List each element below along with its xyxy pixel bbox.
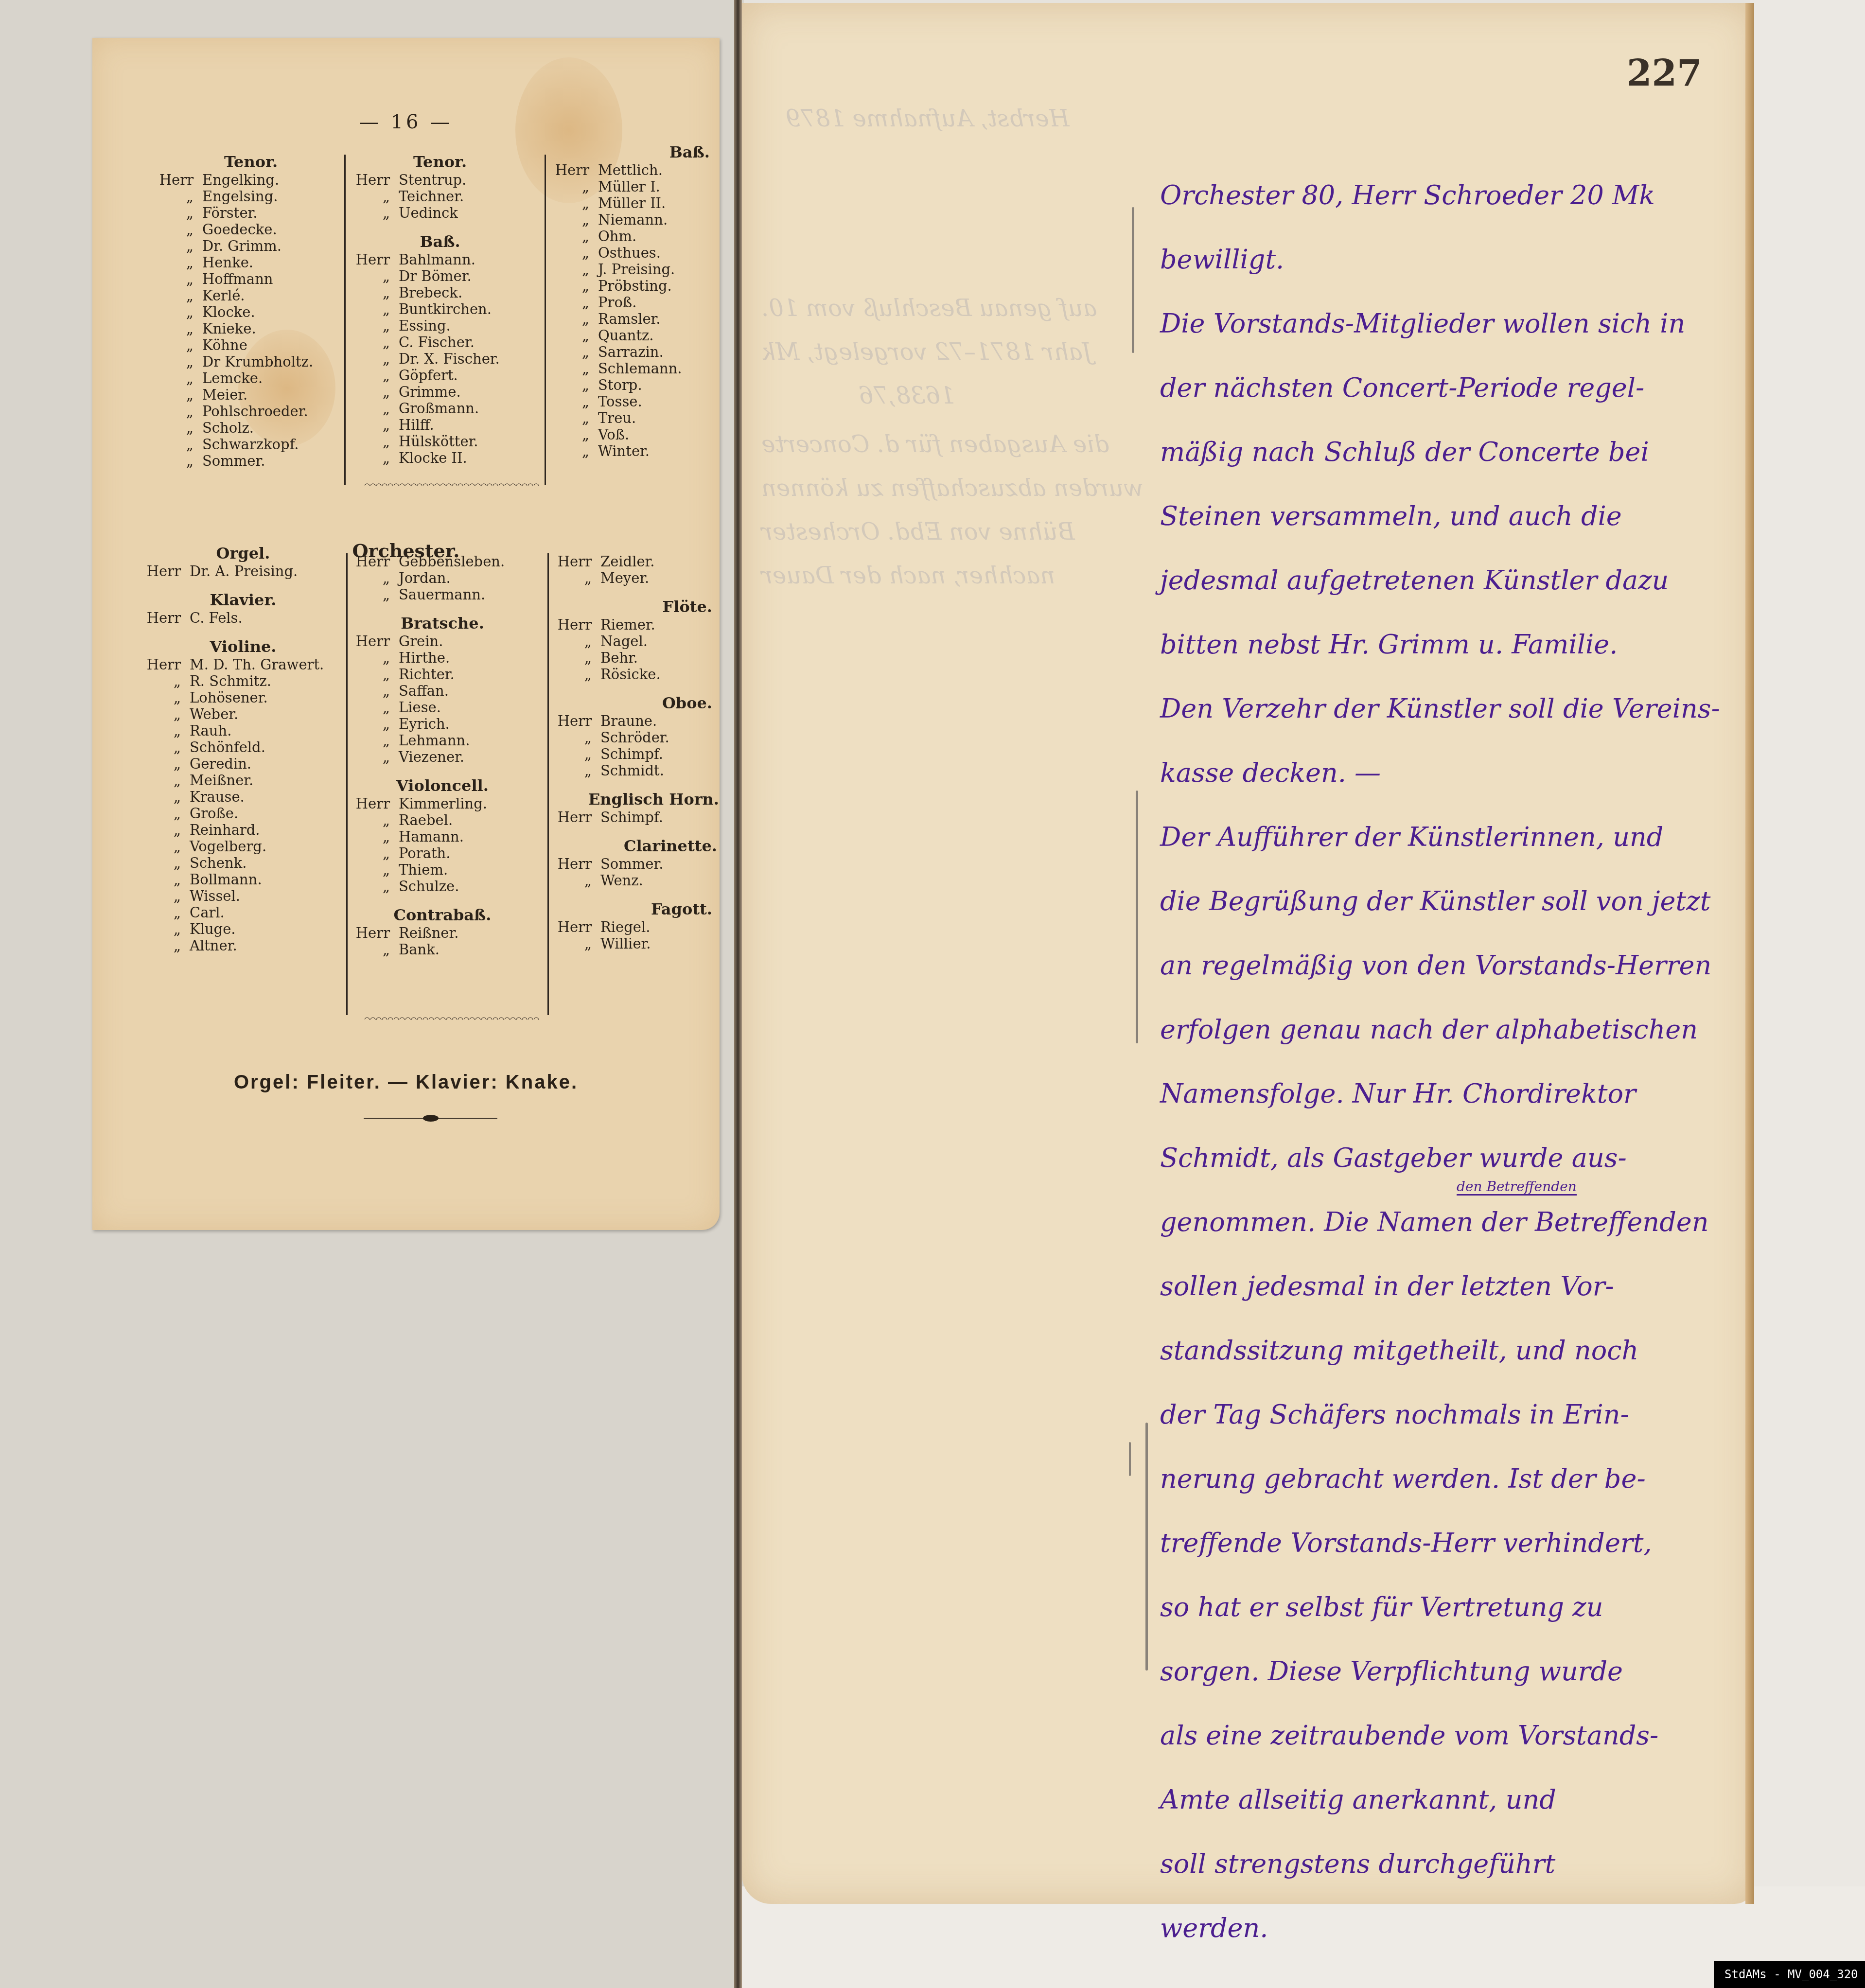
honorific-prefix: „: [335, 828, 399, 845]
honorific-prefix: „: [535, 278, 598, 294]
honorific-prefix: „: [126, 673, 190, 689]
member-row: „Altner.: [126, 937, 360, 954]
printed-roster-insert: — 16 — Tenor. HerrEngelking.„Engelsing.„…: [92, 38, 720, 1230]
member-name: Meißner.: [190, 772, 253, 789]
member-list: HerrRiegel.„Willier.: [537, 919, 722, 952]
honorific-prefix: „: [535, 294, 598, 311]
member-name: Göpfert.: [399, 367, 458, 384]
member-row: „Proß.: [535, 294, 720, 311]
wavy-rule: [365, 481, 540, 486]
member-row: „Köhne: [139, 337, 363, 353]
honorific-prefix: „: [126, 706, 190, 722]
honorific-prefix: „: [335, 683, 399, 699]
bleed-through-text: auf genau Beschluß vom 10.: [761, 295, 1097, 322]
member-row: „Klocke.: [139, 304, 363, 320]
member-row: „Eyrich.: [335, 716, 549, 732]
member-name: Hülskötter.: [399, 433, 478, 450]
member-list: HerrM. D. Th. Grawert.„R. Schmitz.„Lohös…: [126, 656, 360, 954]
member-row: „Winter.: [535, 443, 720, 459]
member-row: „Richter.: [335, 666, 549, 683]
member-row: „Hülskötter.: [335, 433, 545, 450]
member-row: „Viezener.: [335, 749, 549, 765]
member-row: „Behr.: [537, 650, 722, 666]
member-name: Schröder.: [600, 729, 669, 746]
member-name: Krause.: [190, 789, 245, 805]
member-row: „Schulze.: [335, 878, 549, 895]
member-name: Schenk.: [190, 855, 246, 871]
honorific-prefix: „: [139, 420, 202, 436]
member-name: Uedinck: [399, 205, 458, 221]
member-list: HerrGrein.„Hirthe.„Richter.„Saffan.„Lies…: [335, 633, 549, 765]
member-row: „Thiem.: [335, 862, 549, 878]
member-name: Stentrup.: [399, 172, 466, 188]
honorific-prefix: „: [139, 238, 202, 254]
member-row: „Meißner.: [126, 772, 360, 789]
member-row: „J. Preising.: [535, 261, 720, 278]
honorific-prefix: „: [126, 855, 190, 871]
honorific-prefix: „: [139, 436, 202, 453]
bleed-through-text: Jahr 1871–72 vorgelegt, Mk: [761, 338, 1092, 366]
member-row: „Willier.: [537, 935, 722, 952]
honorific-prefix: Herr: [537, 713, 600, 729]
honorific-prefix: „: [139, 287, 202, 304]
honorific-prefix: „: [139, 387, 202, 403]
honorific-prefix: „: [535, 426, 598, 443]
member-name: Storp.: [598, 377, 642, 393]
honorific-prefix: „: [535, 195, 598, 211]
bleed-through-text: Bühne von Ebd. Orchester: [761, 518, 1075, 545]
honorific-prefix: „: [139, 188, 202, 205]
member-row: „Scholz.: [139, 420, 363, 436]
member-row: „Tosse.: [535, 393, 720, 410]
wavy-rule: [365, 1015, 540, 1020]
member-row: „Grimme.: [335, 384, 545, 400]
member-name: Treu.: [598, 410, 636, 426]
section-title: Orgel.: [126, 544, 360, 563]
member-row: HerrGrein.: [335, 633, 549, 650]
bleed-through-text: die Ausgaben für d. Concerte: [761, 431, 1109, 458]
member-row: „Hilff.: [335, 417, 545, 433]
member-name: Porath.: [399, 845, 451, 862]
member-row: „Sarrazin.: [535, 344, 720, 360]
honorific-prefix: „: [139, 370, 202, 387]
member-name: Meyer.: [600, 570, 649, 586]
member-row: „Ramsler.: [535, 311, 720, 327]
honorific-prefix: „: [126, 871, 190, 888]
member-name: Hirthe.: [399, 650, 450, 666]
member-row: „Knieke.: [139, 320, 363, 337]
handwritten-line: erfolgen genau nach der alphabetischen: [1160, 998, 1743, 1062]
member-name: Goedecke.: [202, 221, 277, 238]
member-name: Riemer.: [600, 616, 655, 633]
honorific-prefix: „: [335, 862, 399, 878]
honorific-prefix: Herr: [537, 553, 600, 570]
member-row: „Voß.: [535, 426, 720, 443]
bleed-through-text: nachher, nach der Dauer: [761, 562, 1055, 589]
honorific-prefix: „: [335, 188, 399, 205]
honorific-prefix: „: [537, 729, 600, 746]
honorific-prefix: Herr: [535, 162, 598, 178]
member-row: „Kerlé.: [139, 287, 363, 304]
honorific-prefix: „: [335, 749, 399, 765]
member-name: C. Fels.: [190, 610, 243, 626]
member-name: Schwarzkopf.: [202, 436, 299, 453]
member-name: Vogelberg.: [190, 838, 266, 855]
member-name: Behr.: [600, 650, 638, 666]
member-row: „Vogelberg.: [126, 838, 360, 855]
section-title: Englisch Horn.: [537, 790, 722, 809]
member-row: HerrZeidler.: [537, 553, 722, 570]
member-row: „Treu.: [535, 410, 720, 426]
member-name: Jordan.: [399, 570, 451, 586]
member-row: „Müller I.: [535, 178, 720, 195]
member-name: Voß.: [598, 426, 629, 443]
honorific-prefix: „: [537, 935, 600, 952]
handwritten-line: Schmidt, als Gastgeber wurde aus-: [1160, 1126, 1743, 1190]
honorific-prefix: „: [335, 732, 399, 749]
member-name: Richter.: [399, 666, 455, 683]
member-name: Schönfeld.: [190, 739, 265, 756]
handwritten-minutes: Orchester 80, Herr Schroeder 20 Mkbewill…: [1160, 163, 1743, 1960]
member-name: Müller I.: [598, 178, 660, 195]
member-row: „Uedinck: [335, 205, 545, 221]
honorific-prefix: „: [535, 360, 598, 377]
member-name: Kerlé.: [202, 287, 245, 304]
honorific-prefix: „: [335, 334, 399, 351]
member-name: Förster.: [202, 205, 257, 221]
honorific-prefix: „: [126, 904, 190, 921]
bleed-through-text: Herbst, Aufnahme 1879: [786, 105, 1070, 132]
member-name: Hilff.: [399, 417, 434, 433]
section-title: Clarinette.: [537, 836, 722, 856]
member-name: Lemcke.: [202, 370, 263, 387]
honorific-prefix: „: [335, 400, 399, 417]
member-list: HerrBraune.„Schröder.„Schimpf.„Schmidt.: [537, 713, 722, 779]
honorific-prefix: Herr: [537, 616, 600, 633]
member-list: HerrStentrup.„Teichner.„Uedinck: [335, 172, 545, 221]
honorific-prefix: „: [537, 633, 600, 650]
member-name: Raebel.: [399, 812, 453, 828]
member-name: Viezener.: [399, 749, 464, 765]
member-name: Zeidler.: [600, 553, 654, 570]
honorific-prefix: „: [335, 367, 399, 384]
member-row: „Pröbsting.: [535, 278, 720, 294]
handwritten-line: der nächsten Concert-Periode regel-: [1160, 356, 1743, 420]
member-name: Klocke.: [202, 304, 255, 320]
member-list: HerrKimmerling.„Raebel.„Hamann.„Porath.„…: [335, 795, 549, 895]
choir-column-3: Baß. HerrMettlich.„Müller I.„Müller II.„…: [535, 142, 720, 459]
section-title: Violoncell.: [335, 776, 549, 795]
member-name: Reißner.: [399, 925, 458, 941]
member-row: „Meyer.: [537, 570, 722, 586]
member-row: „Schmidt.: [537, 762, 722, 779]
honorific-prefix: „: [535, 377, 598, 393]
member-name: Niemann.: [598, 211, 668, 228]
member-row: „Saffan.: [335, 683, 549, 699]
honorific-prefix: „: [535, 261, 598, 278]
member-row: HerrBahlmann.: [335, 251, 545, 268]
member-row: „Liese.: [335, 699, 549, 716]
ledger-page-number: 227: [1627, 53, 1702, 94]
member-row: „Dr. Grimm.: [139, 238, 363, 254]
member-name: Hoffmann: [202, 271, 273, 287]
honorific-prefix: „: [537, 570, 600, 586]
honorific-prefix: „: [535, 211, 598, 228]
member-row: „Schlemann.: [535, 360, 720, 377]
handwritten-line: Die Vorstands-Mitglieder wollen sich in: [1160, 292, 1743, 356]
member-row: „Osthues.: [535, 245, 720, 261]
member-name: Großmann.: [399, 400, 479, 417]
member-name: Geredin.: [190, 756, 251, 772]
member-name: Meier.: [202, 387, 247, 403]
member-name: J. Preising.: [598, 261, 675, 278]
handwritten-line: der Tag Schäfers nochmals in Erin-: [1160, 1383, 1743, 1447]
member-row: HerrKimmerling.: [335, 795, 549, 812]
member-name: Kimmerling.: [399, 795, 487, 812]
member-name: Winter.: [598, 443, 650, 459]
honorific-prefix: „: [126, 822, 190, 838]
member-name: Scholz.: [202, 420, 254, 436]
handwritten-line: Den Verzehr der Künstler soll die Verein…: [1160, 677, 1743, 741]
honorific-prefix: „: [335, 351, 399, 367]
member-row: HerrMettlich.: [535, 162, 720, 178]
member-name: Riegel.: [600, 919, 651, 935]
honorific-prefix: Herr: [537, 809, 600, 826]
member-name: Buntkirchen.: [399, 301, 492, 317]
handwritten-line: Amte allseitig anerkannt, und: [1160, 1768, 1743, 1832]
member-row: „Göpfert.: [335, 367, 545, 384]
book-spine: [734, 0, 742, 1988]
pencil-margin-mark: [1132, 207, 1134, 353]
honorific-prefix: „: [335, 586, 399, 603]
member-row: „Kluge.: [126, 921, 360, 937]
member-row: HerrReißner.: [335, 925, 549, 941]
honorific-prefix: Herr: [139, 172, 202, 188]
handwritten-line: soll strengstens durchgeführt: [1160, 1832, 1743, 1896]
section-title: Baß.: [335, 232, 545, 251]
handwritten-line: Namensfolge. Nur Hr. Chordirektor: [1160, 1062, 1743, 1126]
honorific-prefix: „: [335, 301, 399, 317]
honorific-prefix: „: [335, 878, 399, 895]
member-row: „Lohösener.: [126, 689, 360, 706]
member-row: „Brebeck.: [335, 284, 545, 301]
member-name: Ramsler.: [598, 311, 661, 327]
bleed-through-text: wurden abzuschaffen zu können: [761, 475, 1144, 502]
member-row: „Carl.: [126, 904, 360, 921]
member-name: Saffan.: [399, 683, 449, 699]
member-row: „Engelsing.: [139, 188, 363, 205]
bleed-through-text: 1638,76: [859, 382, 955, 409]
choir-column-2: Tenor. HerrStentrup.„Teichner.„Uedinck B…: [335, 152, 545, 466]
member-name: M. D. Th. Grawert.: [190, 656, 324, 673]
member-name: Große.: [190, 805, 238, 822]
member-name: Grein.: [399, 633, 443, 650]
member-name: Engelking.: [202, 172, 279, 188]
handwritten-line: Steinen versammeln, und auch die: [1160, 484, 1743, 548]
member-name: Eyrich.: [399, 716, 450, 732]
member-row: „Dr Bömer.: [335, 268, 545, 284]
member-row: „Meier.: [139, 387, 363, 403]
member-list: HerrGebbensleben.„Jordan.„Sauermann.: [335, 553, 549, 603]
honorific-prefix: „: [537, 650, 600, 666]
member-name: Sauermann.: [399, 586, 485, 603]
honorific-prefix: „: [335, 716, 399, 732]
honorific-prefix: „: [139, 337, 202, 353]
member-row: „Goedecke.: [139, 221, 363, 238]
printed-page-number: — 16 —: [92, 111, 720, 133]
honorific-prefix: „: [537, 762, 600, 779]
honorific-prefix: „: [335, 845, 399, 862]
member-list: HerrZeidler.„Meyer.: [537, 553, 722, 586]
honorific-prefix: „: [535, 344, 598, 360]
member-row: „Großmann.: [335, 400, 545, 417]
handwritten-line: bewilligt.: [1160, 228, 1743, 292]
honorific-prefix: „: [335, 384, 399, 400]
member-name: Bahlmann.: [399, 251, 475, 268]
honorific-prefix: „: [535, 178, 598, 195]
member-list: HerrEngelking.„Engelsing.„Förster.„Goede…: [139, 172, 363, 469]
page-edge: [1745, 3, 1754, 1904]
member-name: Ohm.: [598, 228, 636, 245]
handwritten-line: kasse decken. —: [1160, 741, 1743, 805]
honorific-prefix: „: [126, 722, 190, 739]
member-row: „Dr Krumbholtz.: [139, 353, 363, 370]
backing-board-right: [1750, 0, 1865, 1988]
handwritten-line: mäßig nach Schluß der Concerte bei: [1160, 420, 1743, 484]
honorific-prefix: „: [126, 838, 190, 855]
honorific-prefix: „: [335, 666, 399, 683]
member-list: HerrRiemer.„Nagel.„Behr.„Rösicke.: [537, 616, 722, 683]
section-title: Fagott.: [537, 899, 722, 919]
honorific-prefix: Herr: [335, 925, 399, 941]
instrument-makers-footer: Orgel: Fleiter. — Klavier: Knake.: [92, 1072, 720, 1093]
member-row: „Nagel.: [537, 633, 722, 650]
handwritten-line: an regelmäßig von den Vorstands-Herren: [1160, 933, 1743, 998]
pencil-margin-mark: [1145, 1423, 1148, 1671]
honorific-prefix: „: [535, 410, 598, 426]
member-name: Liese.: [399, 699, 441, 716]
member-name: Kluge.: [190, 921, 236, 937]
member-name: Quantz.: [598, 327, 654, 344]
honorific-prefix: „: [537, 666, 600, 683]
member-row: „Teichner.: [335, 188, 545, 205]
member-row: „Schröder.: [537, 729, 722, 746]
member-row: „Jordan.: [335, 570, 549, 586]
member-name: Schulze.: [399, 878, 459, 895]
honorific-prefix: Herr: [335, 553, 399, 570]
member-name: Lehmann.: [399, 732, 470, 749]
honorific-prefix: „: [139, 403, 202, 420]
section-title: Oboe.: [537, 693, 722, 713]
member-list: HerrSommer.„Wenz.: [537, 856, 722, 889]
member-name: Dr. X. Fischer.: [399, 351, 500, 367]
member-row: HerrC. Fels.: [126, 610, 360, 626]
honorific-prefix: „: [335, 450, 399, 466]
member-list: HerrC. Fels.: [126, 610, 360, 626]
honorific-prefix: „: [126, 739, 190, 756]
honorific-prefix: „: [537, 746, 600, 762]
orchestra-column-3: HerrZeidler.„Meyer. Flöte. HerrRiemer.„N…: [537, 553, 722, 952]
honorific-prefix: „: [335, 284, 399, 301]
member-name: Dr Bömer.: [399, 268, 472, 284]
member-name: Altner.: [190, 937, 237, 954]
honorific-prefix: „: [126, 888, 190, 904]
member-list: HerrBahlmann.„Dr Bömer.„Brebeck.„Buntkir…: [335, 251, 545, 466]
orchestra-column-1: Orgel. HerrDr. A. Preising. Klavier. Her…: [126, 544, 360, 954]
member-name: Bank.: [399, 941, 440, 958]
member-row: „R. Schmitz.: [126, 673, 360, 689]
section-title: Tenor.: [335, 152, 545, 172]
member-name: Bollmann.: [190, 871, 262, 888]
member-row: „Hirthe.: [335, 650, 549, 666]
honorific-prefix: „: [139, 271, 202, 287]
choir-column-1: Tenor. HerrEngelking.„Engelsing.„Förster…: [139, 152, 363, 469]
member-name: Schimpf.: [600, 746, 663, 762]
member-name: Brebeck.: [399, 284, 462, 301]
member-name: Osthues.: [598, 245, 661, 261]
member-row: „Quantz.: [535, 327, 720, 344]
honorific-prefix: Herr: [126, 563, 190, 580]
honorific-prefix: Herr: [335, 795, 399, 812]
pencil-margin-mark: [1136, 791, 1138, 1043]
section-title: Baß.: [535, 142, 720, 162]
member-row: „Krause.: [126, 789, 360, 805]
member-name: Proß.: [598, 294, 636, 311]
member-row: „Buntkirchen.: [335, 301, 545, 317]
member-name: Knieke.: [202, 320, 256, 337]
member-name: Reinhard.: [190, 822, 260, 838]
member-name: Grimme.: [399, 384, 461, 400]
member-name: Gebbensleben.: [399, 553, 505, 570]
member-row: HerrM. D. Th. Grawert.: [126, 656, 360, 673]
section-title: Contrabaß.: [335, 905, 549, 925]
honorific-prefix: „: [126, 756, 190, 772]
honorific-prefix: „: [335, 570, 399, 586]
handwritten-line: treffende Vorstands-Herr verhindert,: [1160, 1511, 1743, 1575]
honorific-prefix: „: [139, 320, 202, 337]
member-name: Rösicke.: [600, 666, 661, 683]
handwritten-line: bitten nebst Hr. Grimm u. Familie.: [1160, 613, 1743, 677]
member-row: „Storp.: [535, 377, 720, 393]
member-row: HerrSommer.: [537, 856, 722, 872]
section-title: Bratsche.: [335, 614, 549, 633]
member-list: HerrReißner.„Bank.: [335, 925, 549, 958]
handwritten-line: die Begrüßung der Künstler soll von jetz…: [1160, 869, 1743, 933]
member-name: Lohösener.: [190, 689, 268, 706]
honorific-prefix: „: [139, 353, 202, 370]
honorific-prefix: Herr: [335, 633, 399, 650]
member-row: HerrRiemer.: [537, 616, 722, 633]
member-row: „Schönfeld.: [126, 739, 360, 756]
member-name: Dr. A. Preising.: [190, 563, 298, 580]
member-name: R. Schmitz.: [190, 673, 271, 689]
member-row: „Ohm.: [535, 228, 720, 245]
member-row: „Rösicke.: [537, 666, 722, 683]
honorific-prefix: „: [126, 689, 190, 706]
honorific-prefix: „: [126, 772, 190, 789]
honorific-prefix: „: [535, 443, 598, 459]
member-row: „Raebel.: [335, 812, 549, 828]
honorific-prefix: „: [139, 254, 202, 271]
member-row: „Große.: [126, 805, 360, 822]
member-name: Henke.: [202, 254, 253, 271]
honorific-prefix: „: [535, 393, 598, 410]
member-name: Teichner.: [399, 188, 464, 205]
member-name: Tosse.: [598, 393, 642, 410]
member-row: „Bollmann.: [126, 871, 360, 888]
honorific-prefix: „: [335, 650, 399, 666]
section-title: Flöte.: [537, 597, 722, 616]
